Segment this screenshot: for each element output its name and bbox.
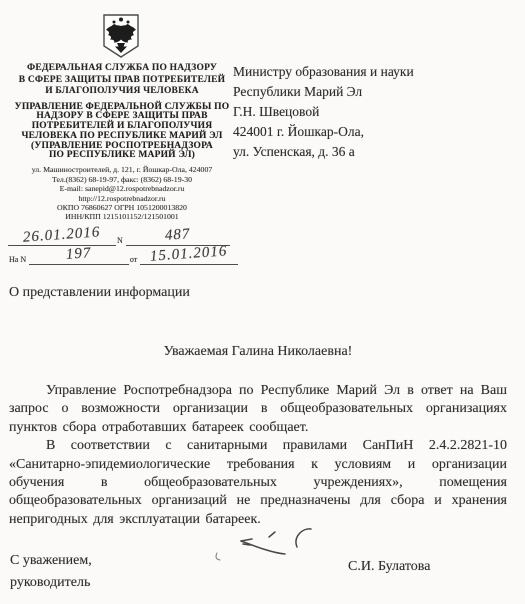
closing-position: руководитель [10,572,92,594]
outgoing-number-blank: 487 [126,227,230,246]
letterhead: ФЕДЕРАЛЬНАЯ СЛУЖБА ПО НАДЗОРУ В СФЕРЕ ЗА… [0,0,244,265]
body-paragraph: Управление Роспотребнадзора по Республик… [9,382,507,437]
letter-body: Управление Роспотребнадзора по Республик… [9,382,507,529]
agency-name-line: И БЛАГОПОЛУЧИЯ ЧЕЛОВЕКА [0,86,244,98]
salutation: Уважаемая Галина Николаевна! [9,344,507,360]
department-name: УПРАВЛЕНИЕ ФЕДЕРАЛЬНОЙ СЛУЖБЫ ПО НАДЗОРУ… [0,103,244,162]
contact-line-address: ул. Машиностроителей, д. 121, г. Йошкар-… [0,165,244,174]
coat-of-arms-icon [100,13,142,59]
addressee-line-title: Министру образования и науки [233,62,414,82]
contact-info: ул. Машиностроителей, д. 121, г. Йошкар-… [0,165,244,221]
closing-regards: С уважением, [10,550,92,572]
addressee-line-city: 424001 г. Йошкар-Ола, [233,122,414,142]
number-sign-label: N [116,236,126,246]
agency-name: ФЕДЕРАЛЬНАЯ СЛУЖБА ПО НАДЗОРУ В СФЕРЕ ЗА… [0,63,244,98]
subject-line: О представлении информации [9,285,190,301]
contact-line-website: http://12.rospotrebnadzor.ru [0,194,244,203]
contact-line-inn-kpp: ИНН/КПП 1215101152/121501001 [0,212,244,221]
signer-name: С.И. Булатова [348,559,430,575]
department-name-line: ПО РЕСПУБЛИКЕ МАРИЙ ЭЛ) [0,151,244,161]
contact-line-email: E-mail: sanepid@12.rospotrebnadzor.ru [0,184,244,193]
incoming-number-handwritten: 197 [66,246,92,263]
signature-scribble-icon [205,523,340,568]
incoming-date-blank: 15.01.2016 [140,246,238,265]
closing-block: С уважением, руководитель [10,550,92,594]
addressee-line-region: Республики Марий Эл [233,82,414,102]
incoming-date-handwritten: 15.01.2016 [150,244,228,264]
reply-to-label: На N [8,255,29,265]
contact-line-phone: Тел.(8362) 68-19-97, факс: (8362) 68-19-… [0,175,244,184]
outgoing-date-blank: 26.01.2016 [8,227,116,246]
outgoing-reference-row: 26.01.2016 N 487 [8,229,238,246]
reference-block: 26.01.2016 N 487 На N 197 от 15.01.2016 [0,229,244,265]
agency-name-line: ФЕДЕРАЛЬНАЯ СЛУЖБА ПО НАДЗОРУ [0,63,244,75]
addressee-block: Министру образования и науки Республики … [233,62,414,162]
outgoing-number-handwritten: 487 [164,227,190,244]
from-label: от [129,255,140,265]
scanned-letter: ФЕДЕРАЛЬНАЯ СЛУЖБА ПО НАДЗОРУ В СФЕРЕ ЗА… [0,0,525,604]
outgoing-date-handwritten: 26.01.2016 [23,225,101,245]
incoming-number-blank: 197 [29,246,129,265]
addressee-line-street: ул. Успенская, д. 36 а [233,142,414,162]
agency-name-line: В СФЕРЕ ЗАЩИТЫ ПРАВ ПОТРЕБИТЕЛЕЙ [0,75,244,87]
incoming-reference-row: На N 197 от 15.01.2016 [8,248,238,265]
addressee-line-name: Г.Н. Швецовой [233,102,414,122]
body-paragraph: В соответствии с санитарными правилами С… [9,437,507,529]
contact-line-okpo-ogrn: ОКПО 76860627 ОГРН 1051200013820 [0,203,244,212]
